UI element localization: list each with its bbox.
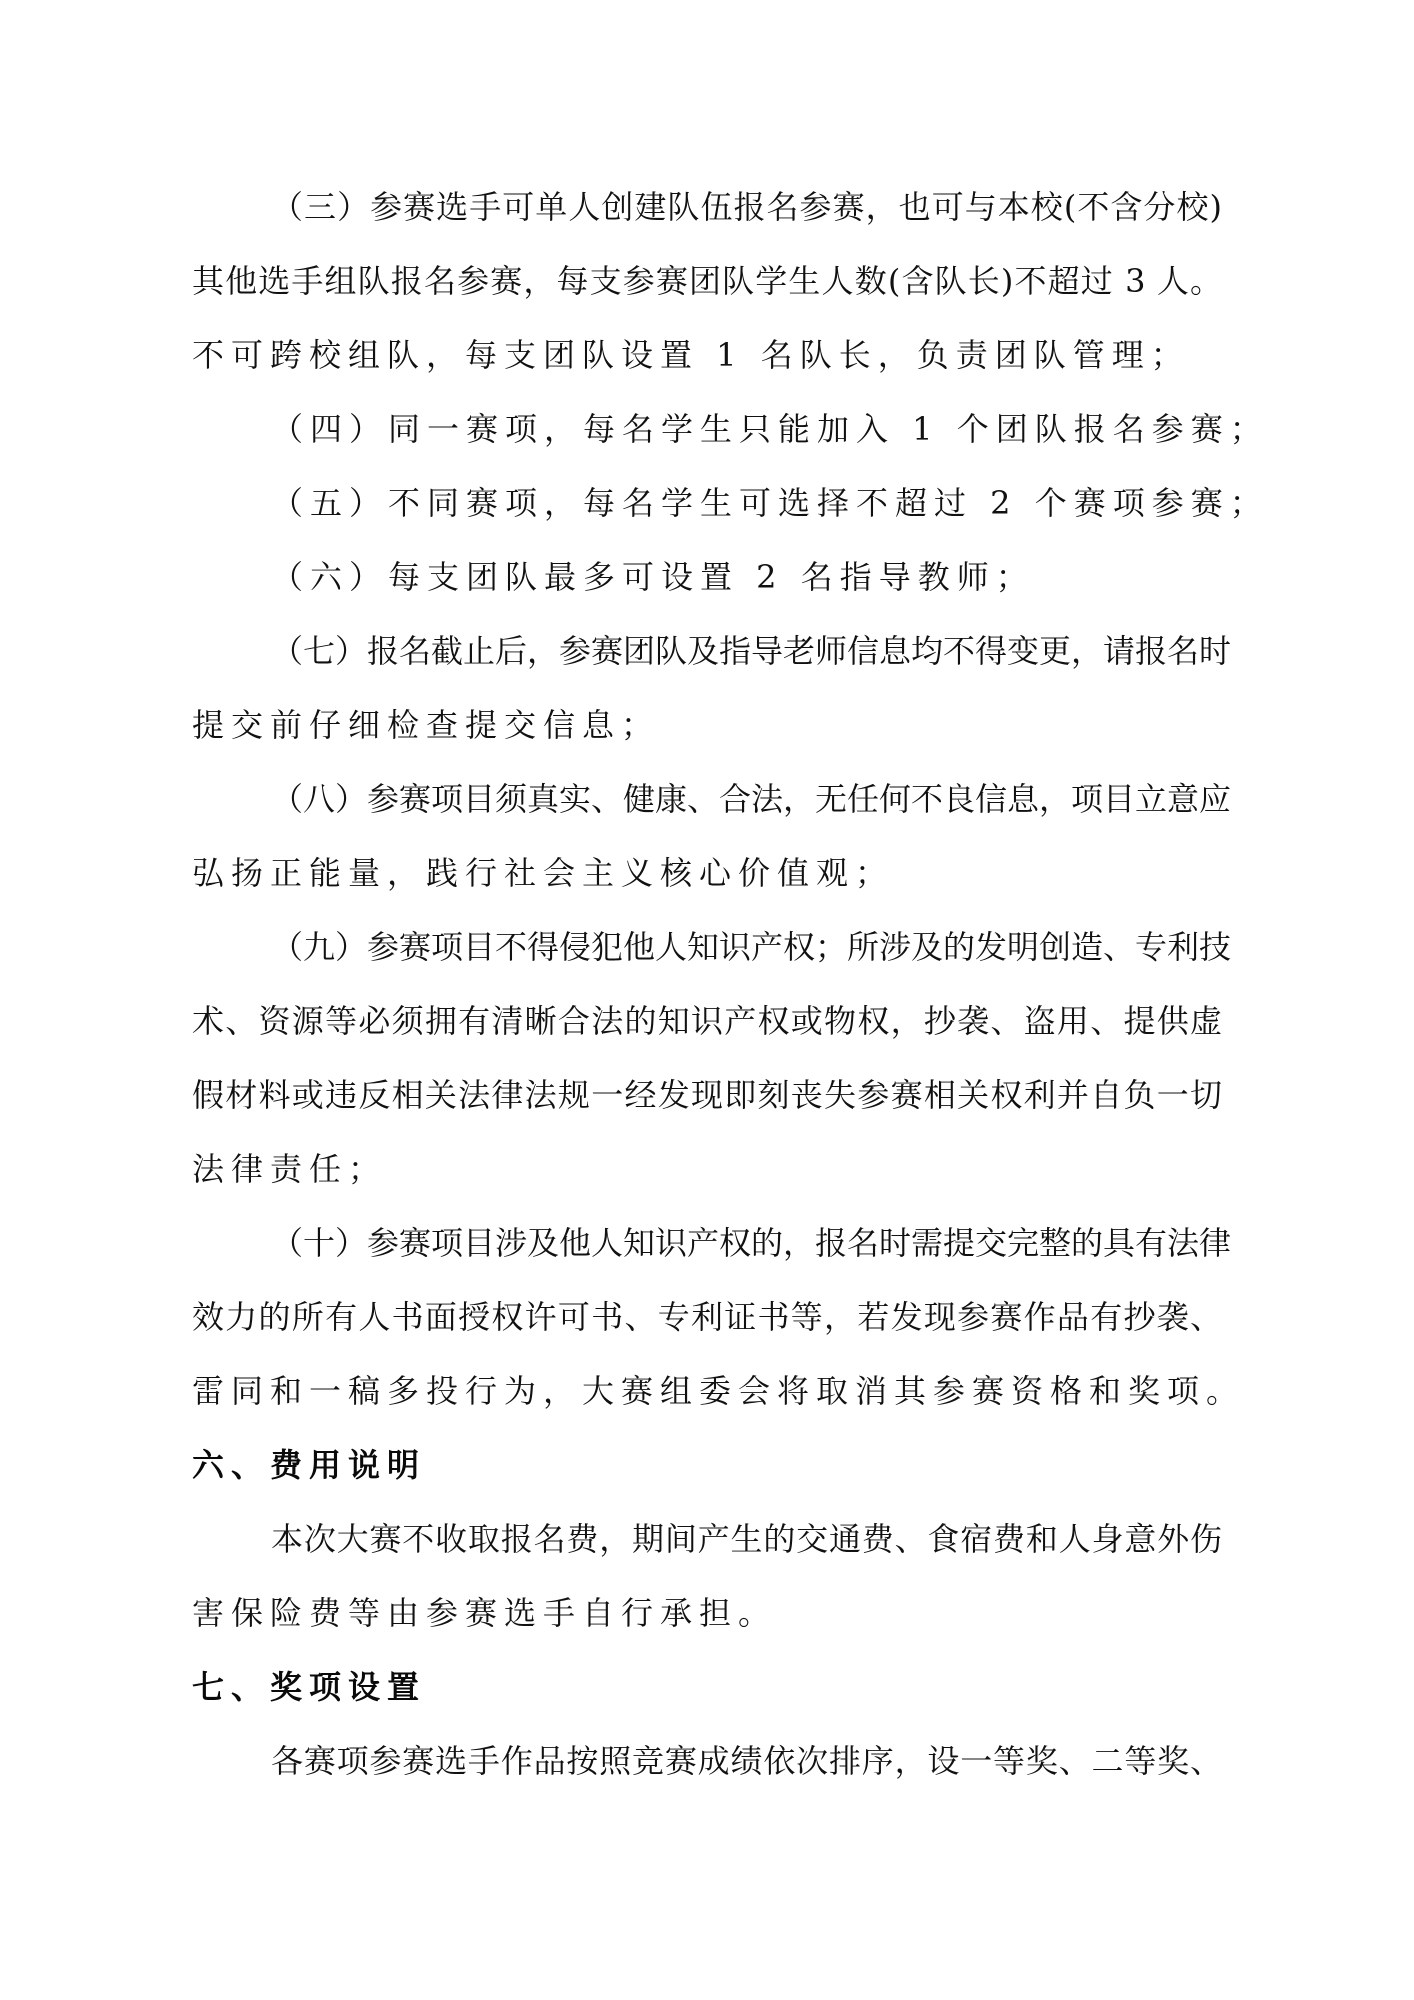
clause-9-line-1: （九）参赛项目不得侵犯他人知识产权；所涉及的发明创造、专利技 xyxy=(271,927,1222,967)
clause-3-line-2: 其他选手组队报名参赛，每支参赛团队学生人数(含队长)不超过 3 人。 xyxy=(192,261,1222,301)
document-page: （三）参赛选手可单人创建队伍报名参赛，也可与本校(不含分校) 其他选手组队报名参… xyxy=(0,0,1414,2000)
clause-3-line-1: （三）参赛选手可单人创建队伍报名参赛，也可与本校(不含分校) xyxy=(271,187,1222,227)
clause-8-line-2: 弘扬正能量，践行社会主义核心价值观； xyxy=(192,853,1222,893)
clause-5: （五）不同赛项，每名学生可选择不超过 2 个赛项参赛； xyxy=(271,483,1222,523)
fees-paragraph-line-2: 害保险费等由参赛选手自行承担。 xyxy=(192,1593,1222,1633)
section-heading-awards: 七、奖项设置 xyxy=(192,1667,1222,1707)
clause-10-line-1: （十）参赛项目涉及他人知识产权的，报名时需提交完整的具有法律 xyxy=(271,1223,1222,1263)
clause-7-line-1: （七）报名截止后，参赛团队及指导老师信息均不得变更，请报名时 xyxy=(271,631,1222,671)
clause-9-line-3: 假材料或违反相关法律法规一经发现即刻丧失参赛相关权利并自负一切 xyxy=(192,1075,1222,1115)
clause-3-line-3: 不可跨校组队，每支团队设置 1 名队长，负责团队管理； xyxy=(192,335,1222,375)
fees-paragraph-line-1: 本次大赛不收取报名费，期间产生的交通费、食宿费和人身意外伤 xyxy=(271,1519,1222,1559)
clause-9-line-2: 术、资源等必须拥有清晰合法的知识产权或物权，抄袭、盗用、提供虚 xyxy=(192,1001,1222,1041)
section-heading-fees: 六、费用说明 xyxy=(192,1445,1222,1485)
clause-10-line-2: 效力的所有人书面授权许可书、专利证书等，若发现参赛作品有抄袭、 xyxy=(192,1297,1222,1337)
clause-8-line-1: （八）参赛项目须真实、健康、合法，无任何不良信息，项目立意应 xyxy=(271,779,1222,819)
clause-10-line-3: 雷同和一稿多投行为，大赛组委会将取消其参赛资格和奖项。 xyxy=(192,1371,1222,1411)
awards-paragraph-line-1: 各赛项参赛选手作品按照竞赛成绩依次排序，设一等奖、二等奖、 xyxy=(271,1741,1222,1781)
clause-9-line-4: 法律责任； xyxy=(192,1149,1222,1189)
clause-6: （六）每支团队最多可设置 2 名指导教师； xyxy=(271,557,1222,597)
clause-7-line-2: 提交前仔细检查提交信息； xyxy=(192,705,1222,745)
clause-4: （四）同一赛项，每名学生只能加入 1 个团队报名参赛； xyxy=(271,409,1222,449)
